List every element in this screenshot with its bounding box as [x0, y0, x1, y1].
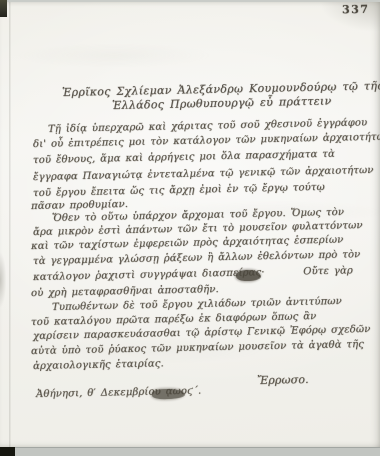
- edge-smudge: [0, 250, 7, 310]
- table-surface-bottom-edge: [0, 447, 380, 456]
- closing-signature: Ἔρρωσο.: [257, 373, 309, 387]
- handwriting-line: πᾶσαν προθυμίαν.: [31, 199, 128, 212]
- binding-tape-top-left: [0, 0, 7, 17]
- binding-corner-bottom-left: [0, 447, 15, 456]
- letter-scan-page: 337 Ἑρρῖκος Σχλίεμαν Ἀλεξάνδρῳ Κουμουνδο…: [0, 0, 380, 456]
- page-fold-line: [9, 2, 11, 448]
- folio-number-stamp: 337: [341, 3, 369, 16]
